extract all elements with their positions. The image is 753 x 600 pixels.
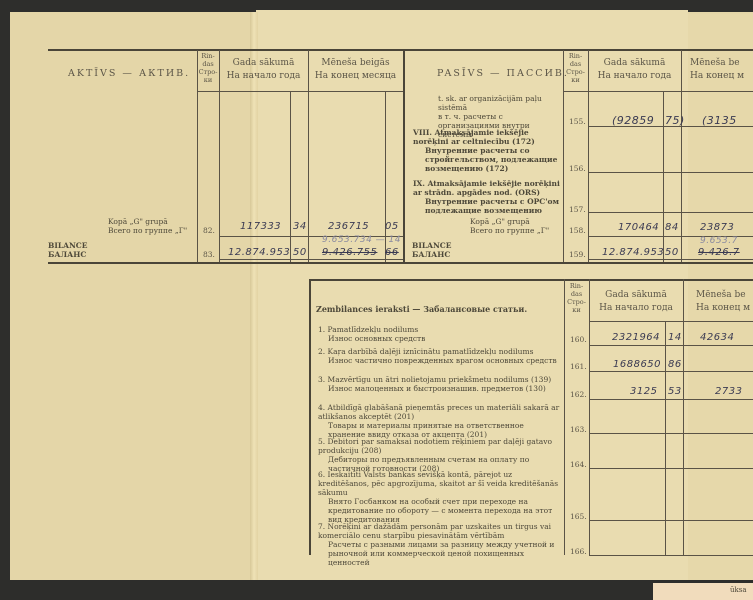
col-divider — [564, 279, 565, 555]
handwritten-value: 12.874.953 — [228, 247, 290, 258]
aktivs-row-header: Rin-dasСтро-ки — [197, 52, 219, 84]
zembilances-item: 6. Ieskaitīti Valsts bankas sevišķā kont… — [318, 470, 562, 524]
handwritten-value-struck: 9.426.755 — [322, 247, 377, 258]
zembilances-item: 2. Kaŗa darbībā daļēji iznīcinātu pamatl… — [318, 347, 562, 365]
col-divider — [681, 50, 682, 262]
handwritten-value: 236715 — [328, 221, 369, 232]
zembilances-start-header: Gada sākumāНа начало года — [589, 289, 683, 315]
row-rule — [589, 345, 753, 346]
pasivs-item: IX. Atmaksājamie iekšējie norēķini ar st… — [413, 179, 560, 215]
row-number: 159. — [569, 250, 586, 259]
aktivs-group-total-label: Kopā „G" grupāВсего по группе „Г" — [108, 217, 187, 235]
handwritten-value: 12.874.953 — [602, 247, 664, 258]
zembilances-title: Zembilances ieraksti — Забалансовые стат… — [316, 305, 527, 314]
pasivs-bilance-label: BILANCEБАЛАНС — [412, 241, 451, 259]
handwritten-value: 75) — [665, 114, 685, 127]
pasivs-title: PASĪVS — ПАССИВ. — [437, 68, 569, 79]
zembilances-row-header: Rin-dasСтро-ки — [564, 282, 589, 314]
handwritten-value: 2733 — [715, 386, 742, 397]
handwritten-value: (3135 — [702, 114, 737, 127]
row-number: 162. — [570, 390, 587, 399]
handwritten-value: 34 — [293, 221, 307, 232]
pasivs-row-header: Rin-dasСтро-ки — [563, 52, 588, 84]
row-rule — [589, 399, 753, 400]
zembilances-item: 4. Atbildīgā glabāšanā pieņemtās preces … — [318, 403, 562, 439]
handwritten-value: 117333 — [240, 221, 281, 232]
zembilances-top-rule — [309, 279, 753, 281]
row-number: 160. — [570, 335, 587, 344]
zembilances-header-rule — [589, 321, 753, 322]
underlying-page-text: ūksa — [730, 586, 747, 595]
col-divider — [403, 50, 405, 262]
top-table-bottom-rule — [48, 262, 753, 264]
row-number: 83. — [203, 250, 215, 259]
pasivs-header-rule — [563, 91, 753, 92]
aktivs-bilance-label: BILANCEБАЛАНС — [48, 241, 87, 259]
handwritten-value: 53 — [668, 386, 682, 397]
row-number: 161. — [570, 362, 587, 371]
row-rule — [588, 212, 753, 213]
handwritten-value: 50 — [293, 247, 307, 258]
handwritten-value: 14 — [668, 332, 682, 343]
page-fold — [250, 12, 258, 587]
row-rule — [588, 172, 753, 173]
row-rule — [589, 468, 753, 469]
handwritten-value: 84 — [665, 222, 679, 233]
row-rule — [589, 371, 753, 372]
aktivs-title: AKTĪVS — АКТИВ. — [68, 68, 190, 79]
row-number: 165. — [570, 512, 587, 521]
pasivs-group-total-label: Kopā „G" grupāВсего по группе „Г" — [470, 217, 549, 235]
handwritten-value: 170464 — [618, 222, 659, 233]
handwritten-value-struck: 9.426.7 — [698, 247, 740, 258]
pasivs-item: VIII. Atmaksājamie iekšējie norēķini ar … — [413, 128, 560, 173]
row-number: 82. — [203, 226, 215, 235]
row-number: 166. — [570, 547, 587, 556]
handwritten-correction: 9.653.7 — [700, 236, 738, 246]
handwritten-value: 1688650 — [613, 359, 661, 370]
row-rule — [219, 259, 403, 260]
scan-background — [0, 580, 753, 600]
handwritten-value: 05 — [385, 221, 399, 232]
col-divider — [309, 279, 311, 555]
zembilances-item: 3. Mazvērtīgu un ātri nolietojamu priekš… — [318, 375, 562, 393]
zembilances-item: 5. Debitori par samaksai nodotiem rēķini… — [318, 437, 562, 473]
row-rule — [589, 555, 753, 556]
handwritten-value: 50 — [665, 247, 679, 258]
handwritten-value-struck: 66 — [385, 247, 399, 258]
top-rule — [48, 49, 753, 51]
handwritten-value: 42634 — [700, 332, 734, 343]
zembilances-item: 1. Pamatlīdzekļu nodilums Износ основных… — [318, 325, 562, 343]
row-rule — [589, 433, 753, 434]
row-number: 156. — [569, 164, 586, 173]
row-number: 163. — [570, 425, 587, 434]
aktivs-header-rule — [197, 91, 403, 92]
zembilances-end-header: Mēneša beНа конец м — [696, 289, 753, 315]
row-number: 158. — [569, 226, 586, 235]
aktivs-start-header: Gada sākumāНа начало года — [219, 57, 308, 83]
pasivs-end-header: Mēneša beНа конец м — [690, 57, 753, 83]
handwritten-value: 2321964 — [612, 332, 660, 343]
handwritten-value: (92859 — [612, 114, 654, 127]
handwritten-value: 86 — [668, 359, 682, 370]
row-rule — [589, 520, 753, 521]
handwritten-value: 3125 — [630, 386, 657, 397]
row-number: 157. — [569, 205, 586, 214]
handwritten-correction: 9.653.734 — 14 — [322, 235, 401, 245]
handwritten-value: 23873 — [700, 222, 734, 233]
pasivs-start-header: Gada sākumāНа начало года — [588, 57, 681, 83]
row-number: 164. — [570, 460, 587, 469]
row-rule — [588, 259, 753, 260]
aktivs-end-header: Mēneša beigāsНа конец месяца — [308, 57, 403, 83]
row-number: 155. — [569, 117, 586, 126]
zembilances-item: 7. Norēķini ar dažādām personām par uzsk… — [318, 522, 562, 567]
